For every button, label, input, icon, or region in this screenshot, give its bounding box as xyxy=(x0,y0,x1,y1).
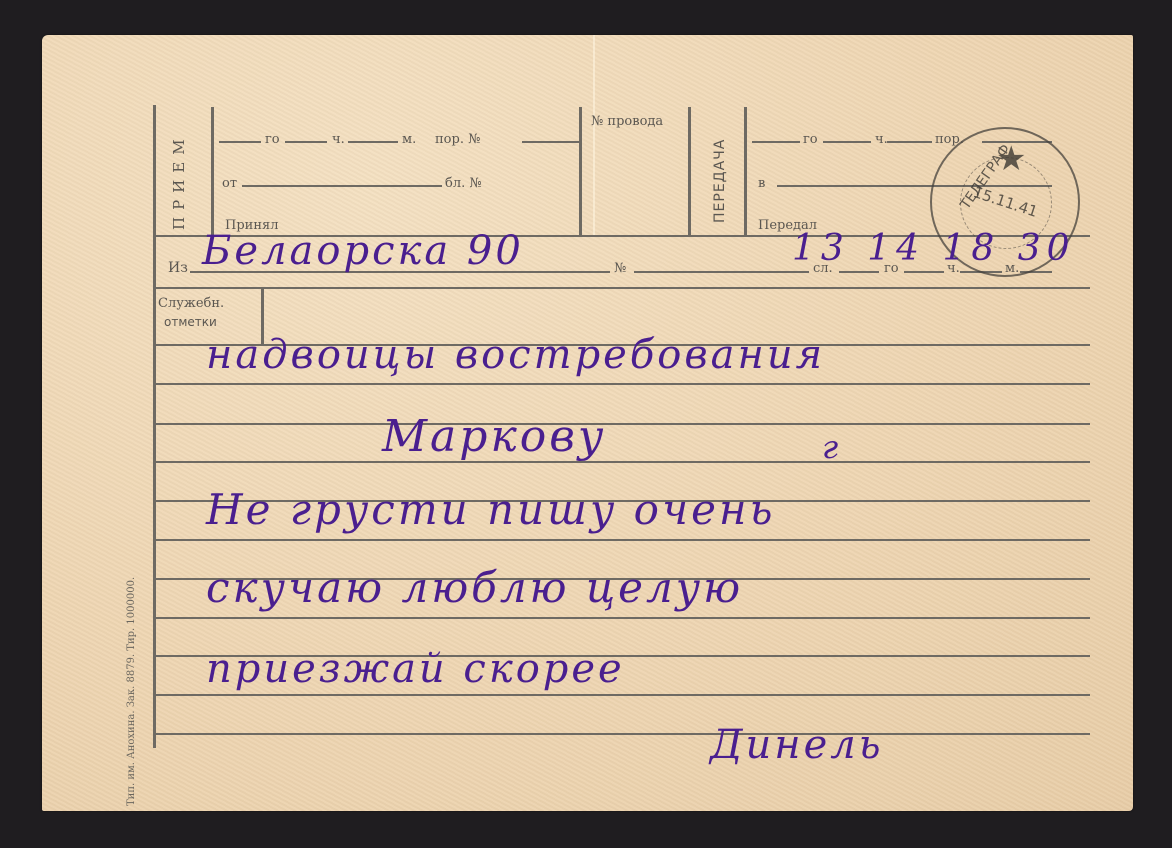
rule xyxy=(887,141,932,143)
star-icon: ★ xyxy=(996,139,1026,179)
receive-m-label: м. xyxy=(402,133,416,146)
transmit-go-label: го xyxy=(803,133,818,146)
rule xyxy=(823,141,871,143)
wire-number-label: № провода xyxy=(591,115,663,128)
message-line xyxy=(155,733,1090,735)
wire-divider-left xyxy=(579,107,582,237)
service-notes-label-2: отметки xyxy=(164,316,217,328)
handwritten-line-2-suffix: г xyxy=(822,431,841,463)
rule xyxy=(839,271,879,273)
message-line xyxy=(155,539,1090,541)
rule xyxy=(752,141,800,143)
handwritten-date-time: 13 14 18 30 xyxy=(792,231,1076,267)
receive-from-label: от xyxy=(222,177,237,190)
rule xyxy=(560,141,579,143)
rule xyxy=(242,185,442,187)
receive-divider xyxy=(211,107,214,237)
message-line xyxy=(155,461,1090,463)
rule xyxy=(904,271,944,273)
receive-bl-label: бл. № xyxy=(445,177,482,190)
from-row-bottom-line xyxy=(155,287,1090,289)
transmit-divider xyxy=(744,107,747,237)
message-line xyxy=(155,383,1090,385)
rule xyxy=(219,141,261,143)
from-label: Из xyxy=(168,261,188,275)
transmit-to-label: в xyxy=(758,177,765,190)
message-line xyxy=(155,617,1090,619)
transmit-ch-label: ч. xyxy=(875,133,888,146)
handwritten-line-3: Не грусти пишу очень xyxy=(206,489,775,531)
message-line xyxy=(155,423,1090,425)
left-border xyxy=(153,105,156,748)
fold-crease xyxy=(593,35,595,235)
receive-por-label: пор. № xyxy=(435,133,480,146)
rule xyxy=(285,141,327,143)
rule xyxy=(348,141,398,143)
from-no-label: № xyxy=(614,262,626,275)
handwritten-signature: Динель xyxy=(710,725,884,765)
receive-go-label: го xyxy=(265,133,280,146)
receive-ch-label: ч. xyxy=(332,133,345,146)
telegram-form: ПРИЕМ ПЕРЕДАЧА го ч. м. пор. № от бл. № … xyxy=(42,35,1133,811)
wire-divider-right xyxy=(688,107,691,237)
handwritten-line-2: Маркову xyxy=(382,415,606,459)
handwritten-line-5: приезжай скорее xyxy=(206,649,625,689)
handwritten-origin: Белаорска 90 xyxy=(202,231,524,271)
message-line xyxy=(155,694,1090,696)
rule xyxy=(634,271,809,273)
handwritten-line-1: надвоицы востребования xyxy=(206,335,825,375)
transmit-section-label: ПЕРЕДАЧА xyxy=(712,139,728,223)
service-notes-label-1: Служебн. xyxy=(158,297,224,310)
receive-section-label: ПРИЕМ xyxy=(170,132,188,230)
handwritten-line-4: скучаю люблю целую xyxy=(206,567,743,609)
printer-imprint: Тип. им. Анохина. Зак. 8879. Тир. 100000… xyxy=(126,577,137,806)
